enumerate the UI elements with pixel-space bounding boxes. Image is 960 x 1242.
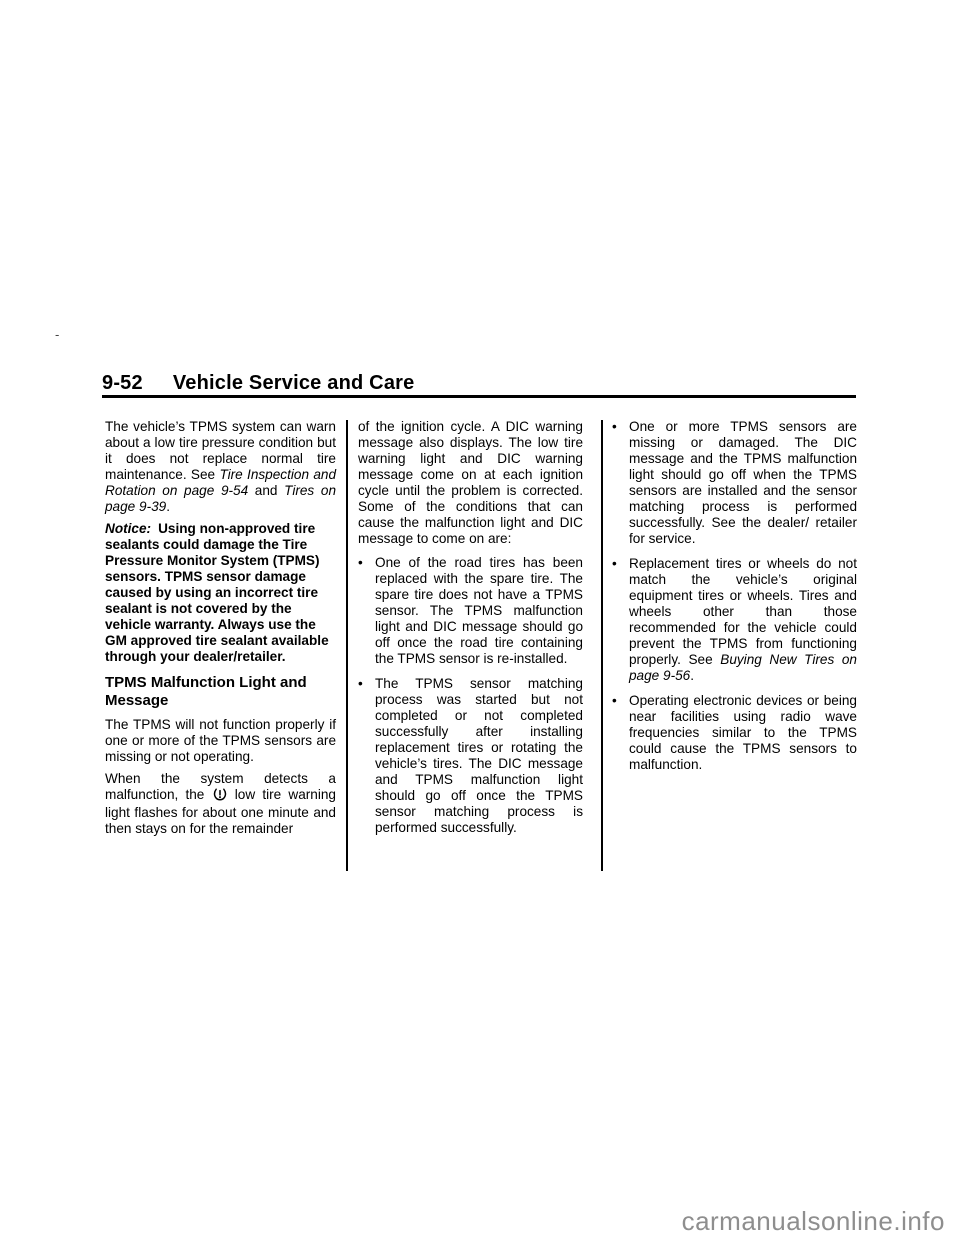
bullet-item-sensors-missing: • One or more TPMS sensors are missing o… (612, 419, 857, 547)
column-2: of the ignition cycle. A DIC warning mes… (358, 419, 583, 845)
bullet-marker: • (358, 676, 375, 836)
column-divider-1 (346, 420, 348, 871)
page-title: Vehicle Service and Care (173, 372, 415, 395)
intro-paragraph: The vehicle’s TPMS system can warn about… (105, 419, 336, 515)
low-tire-pressure-warning-icon (213, 788, 227, 805)
manual-page: - 9-52 Vehicle Service and Care The vehi… (0, 0, 960, 1242)
bullet-text: Operating electronic devices or being ne… (629, 693, 857, 773)
bullet-marker: • (612, 419, 629, 547)
intro-text: . (166, 499, 170, 514)
bullet-item-replacement-tires: • Replacement tires or wheels do not mat… (612, 556, 857, 684)
header-rule (102, 395, 856, 398)
notice-body: Using non-approved tire sealants could d… (105, 521, 329, 664)
column-1: The vehicle’s TPMS system can warn about… (105, 419, 336, 837)
page-header: 9-52 Vehicle Service and Care (102, 372, 414, 395)
bullet-text-run: Replacement tires or wheels do not match… (629, 556, 857, 667)
bullet-text: One or more TPMS sensors are missing or … (629, 419, 857, 547)
bullet-marker: • (358, 555, 375, 667)
column-3: • One or more TPMS sensors are missing o… (612, 419, 857, 782)
bullet-text: The TPMS sensor matching process was sta… (375, 676, 583, 836)
bullet-marker: • (612, 693, 629, 773)
bullet-item-spare-tire: • One of the road tires has been replace… (358, 555, 583, 667)
bullet-item-radio-frequencies: • Operating electronic devices or being … (612, 693, 857, 773)
watermark: carmanualsonline.info (682, 1206, 945, 1237)
section-heading-tpms-malfunction: TPMS Malfunction Light and Message (105, 674, 336, 710)
ignition-cycle-paragraph: of the ignition cycle. A DIC warning mes… (358, 419, 583, 547)
bullet-marker: • (612, 556, 629, 684)
page-number: 9-52 (102, 372, 143, 395)
notice-label: Notice: (105, 521, 151, 536)
bullet-text: Replacement tires or wheels do not match… (629, 556, 857, 684)
notice-block: Notice:Using non-approved tire sealants … (105, 521, 336, 665)
stray-mark: - (55, 327, 59, 342)
malfunction-paragraph: When the system detects a malfunction, t… (105, 771, 336, 837)
intro-text: and (248, 483, 284, 498)
tpms-function-paragraph: The TPMS will not function properly if o… (105, 717, 336, 765)
column-divider-2 (601, 420, 603, 871)
bullet-text: One of the road tires has been replaced … (375, 555, 583, 667)
bullet-item-sensor-matching: • The TPMS sensor matching process was s… (358, 676, 583, 836)
bullet-text-run: . (690, 668, 694, 683)
